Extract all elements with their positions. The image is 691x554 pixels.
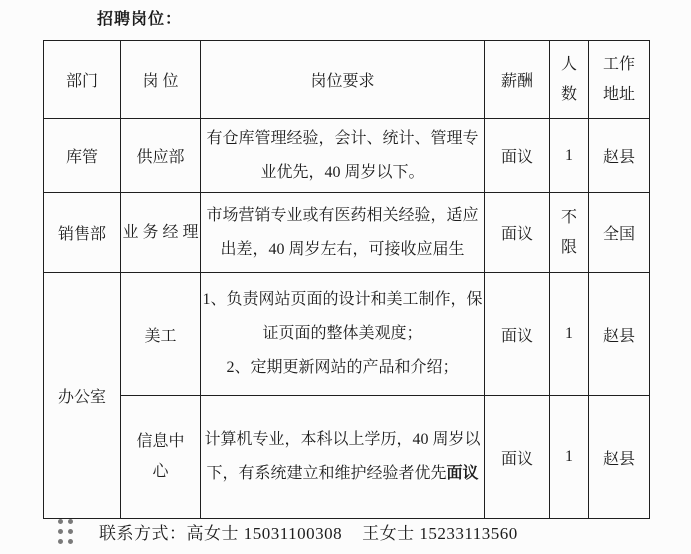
- salary-cell: 面议: [485, 193, 550, 273]
- requirements-bold-text: 面议: [447, 465, 479, 482]
- requirements-cell: 有仓库管理经验，会计、统计、管理专业优先，40 周岁以下。: [201, 119, 485, 193]
- headcount-cell: 1: [550, 273, 589, 396]
- header-cell-requirements: 岗位要求: [201, 41, 485, 119]
- contact-wang: 王女士 15233113560: [362, 519, 518, 544]
- position-cell: 信息中 心: [121, 396, 201, 519]
- header-cell-salary: 薪酬: [485, 41, 550, 119]
- headcount-cell: 不 限: [550, 193, 589, 273]
- table-row-warehouse: 库管 供应部 有仓库管理经验，会计、统计、管理专业优先，40 周岁以下。 面议 …: [44, 119, 650, 193]
- department-cell: 销售部: [44, 193, 121, 273]
- page-title: 招聘岗位：: [97, 6, 182, 29]
- requirements-cell: 1、负责网站页面的设计和美工制作，保证页面的整体美观度； 2、定期更新网站的产品…: [201, 273, 485, 396]
- contact-gao: 联系方式：高女士 15031100308: [99, 519, 342, 544]
- header-cell-location: 工作 地址: [589, 41, 650, 119]
- requirements-cell: 市场营销专业或有医药相关经验，适应出差，40 周岁左右，可接收应届生: [201, 193, 485, 273]
- salary-cell: 面议: [485, 273, 550, 396]
- headcount-cell: 1: [550, 396, 589, 519]
- requirements-cell: 计算机专业，本科以上学历，40 周岁以下，有系统建立和维护经验者优先面议: [201, 396, 485, 519]
- headcount-cell: 1: [550, 119, 589, 193]
- dots-grid-icon: [58, 519, 73, 544]
- header-cell-headcount: 人 数: [550, 41, 589, 119]
- location-cell: 赵县: [589, 119, 650, 193]
- footer: 联系方式：高女士 15031100308 王女士 15233113560: [58, 519, 518, 544]
- salary-cell: 面议: [485, 119, 550, 193]
- table-row-artist: 办公室 美工 1、负责网站页面的设计和美工制作，保证页面的整体美观度； 2、定期…: [44, 273, 650, 396]
- location-cell: 赵县: [589, 396, 650, 519]
- location-cell: 赵县: [589, 273, 650, 396]
- table-row-sales: 销售部 业 务 经 理 市场营销专业或有医药相关经验，适应出差，40 周岁左右，…: [44, 193, 650, 273]
- salary-cell: 面议: [485, 396, 550, 519]
- position-cell: 供应部: [121, 119, 201, 193]
- header-row: 部门 岗 位 岗位要求 薪酬 人 数 工作 地址: [44, 41, 650, 119]
- department-cell: 库管: [44, 119, 121, 193]
- requirements-text: 计算机专业，本科以上学历，40 周岁以下，有系统建立和维护经验者优先: [204, 431, 480, 482]
- position-cell: 美工: [121, 273, 201, 396]
- header-cell-department: 部门: [44, 41, 121, 119]
- recruitment-table: 部门 岗 位 岗位要求 薪酬 人 数 工作 地址 库管 供应部 有仓库管理经验，…: [43, 40, 650, 519]
- header-cell-position: 岗 位: [121, 41, 201, 119]
- location-cell: 全国: [589, 193, 650, 273]
- table-row-it: 信息中 心 计算机专业，本科以上学历，40 周岁以下，有系统建立和维护经验者优先…: [44, 396, 650, 519]
- position-cell: 业 务 经 理: [121, 193, 201, 273]
- department-cell: 办公室: [44, 273, 121, 519]
- contact-line: 联系方式：高女士 15031100308 王女士 15233113560: [99, 519, 518, 544]
